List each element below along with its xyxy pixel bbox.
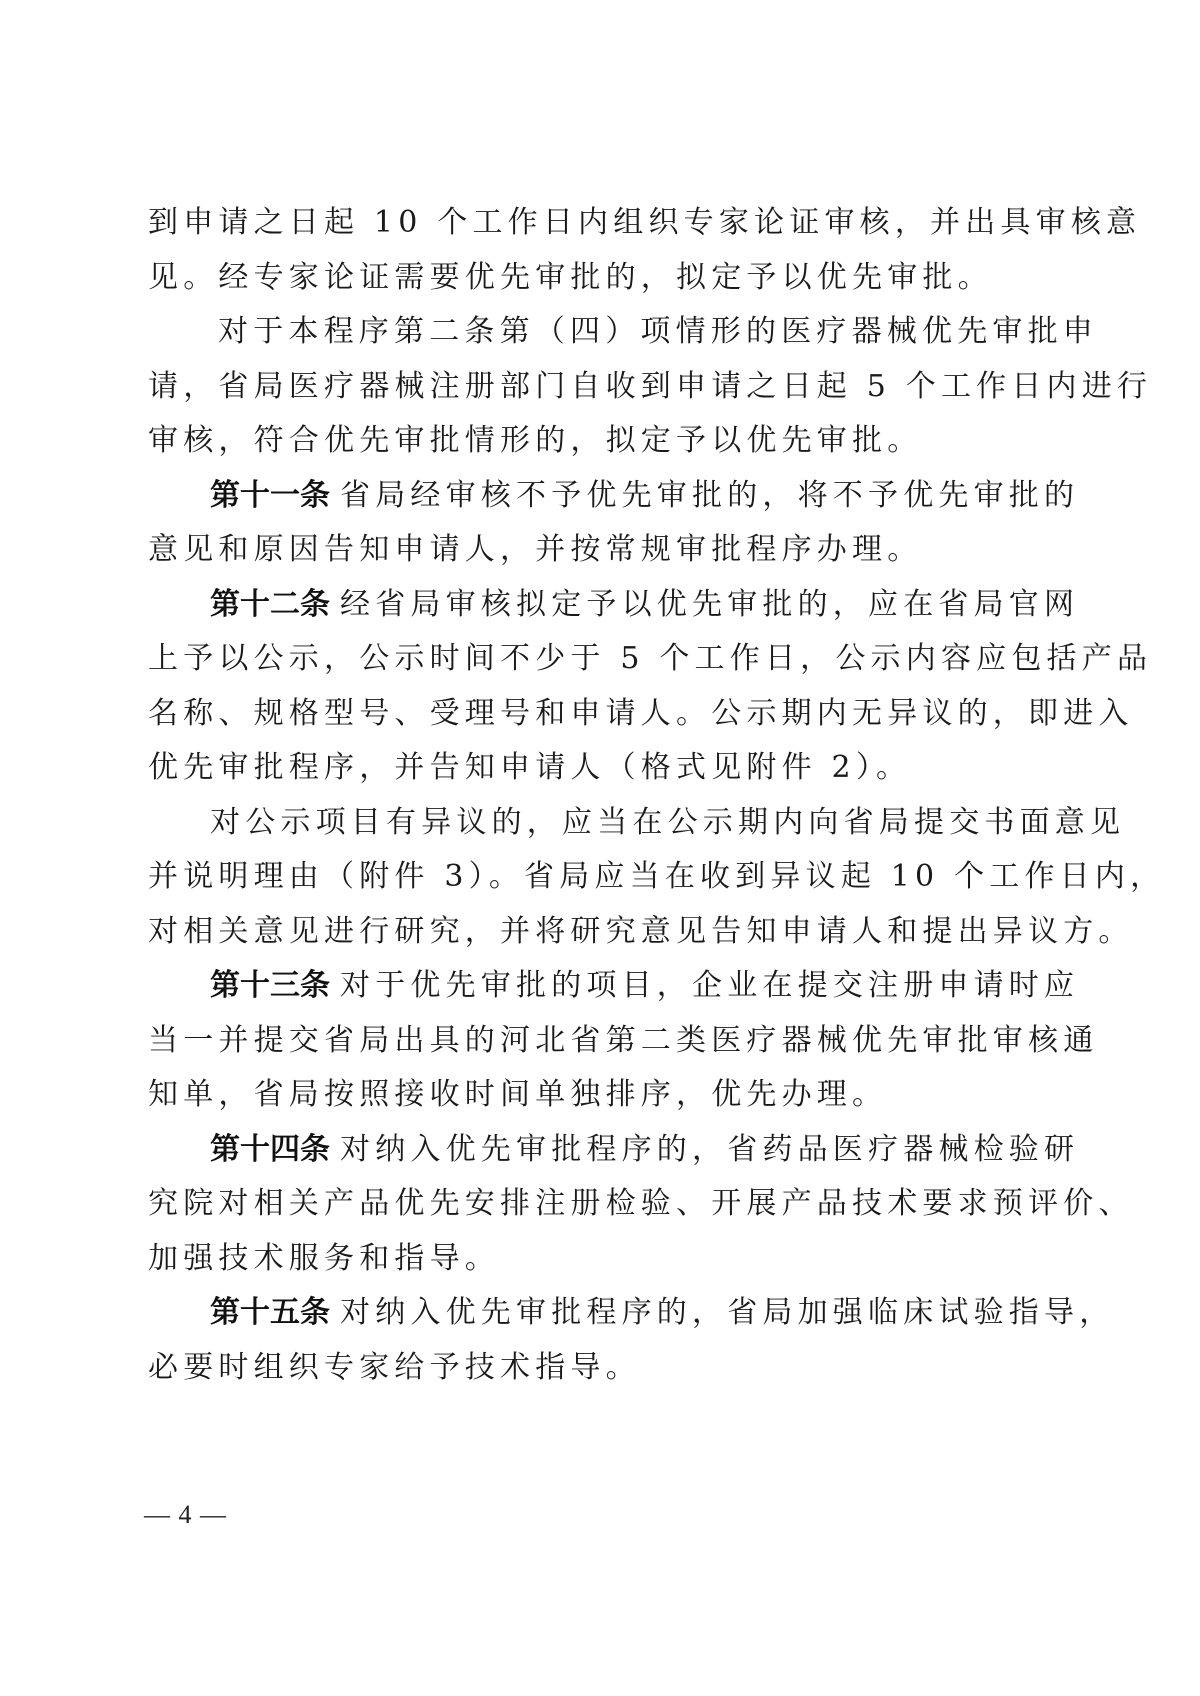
article-13-line: 第十三条对于优先审批的项目，企业在提交注册申请时应 (148, 959, 978, 1014)
article-text: 对纳入优先审批程序的，省局加强临床试验指导， (340, 1295, 1114, 1330)
paragraph-line: 知单，省局按照接收时间单独排序，优先办理。 (148, 1068, 978, 1123)
document-body: 到申请之日起 10 个工作日内组织专家论证审核，并出具审核意 见。经专家论证需要… (148, 196, 978, 1395)
paragraph-line: 必要时组织专家给予技术指导。 (148, 1341, 978, 1396)
paragraph-line: 审核，符合优先审批情形的，拟定予以优先审批。 (148, 414, 978, 469)
paragraph-line: 加强技术服务和指导。 (148, 1232, 978, 1287)
article-14-line: 第十四条对纳入优先审批程序的，省药品医疗器械检验研 (148, 1123, 978, 1178)
article-text: 经省局审核拟定予以优先审批的，应在省局官网 (340, 587, 1079, 622)
article-text: 对纳入优先审批程序的，省药品医疗器械检验研 (340, 1132, 1079, 1167)
paragraph-line: 究院对相关产品优先安排注册检验、开展产品技术要求预评价、 (148, 1177, 978, 1232)
paragraph-line: 当一并提交省局出具的河北省第二类医疗器械优先审批审核通 (148, 1014, 978, 1069)
paragraph-line: 并说明理由（附件 3）。省局应当在收到异议起 10 个工作日内， (148, 850, 978, 905)
paragraph-line: 对公示项目有异议的，应当在公示期内向省局提交书面意见 (148, 796, 978, 851)
paragraph-line: 上予以公示，公示时间不少于 5 个工作日，公示内容应包括产品 (148, 632, 978, 687)
article-heading: 第十五条 (210, 1295, 330, 1330)
paragraph-line: 请，省局医疗器械注册部门自收到申请之日起 5 个工作日内进行 (148, 360, 978, 415)
article-heading: 第十三条 (210, 968, 330, 1003)
paragraph-line: 意见和原因告知申请人，并按常规审批程序办理。 (148, 523, 978, 578)
article-12-line: 第十二条经省局审核拟定予以优先审批的，应在省局官网 (148, 578, 978, 633)
paragraph-line: 见。经专家论证需要优先审批的，拟定予以优先审批。 (148, 251, 978, 306)
paragraph-line: 对相关意见进行研究，并将研究意见告知申请人和提出异议方。 (148, 905, 978, 960)
document-page: 到申请之日起 10 个工作日内组织专家论证审核，并出具审核意 见。经专家论证需要… (0, 0, 1200, 1696)
page-number: — 4 — (144, 1500, 227, 1530)
article-text: 对于优先审批的项目，企业在提交注册申请时应 (340, 968, 1079, 1003)
article-heading: 第十四条 (210, 1132, 330, 1167)
article-heading: 第十一条 (210, 478, 330, 513)
paragraph-line: 到申请之日起 10 个工作日内组织专家论证审核，并出具审核意 (148, 196, 978, 251)
article-15-line: 第十五条对纳入优先审批程序的，省局加强临床试验指导， (148, 1286, 978, 1341)
article-11-line: 第十一条省局经审核不予优先审批的，将不予优先审批的 (148, 469, 978, 524)
article-text: 省局经审核不予优先审批的，将不予优先审批的 (340, 478, 1079, 513)
paragraph-line: 名称、规格型号、受理号和申请人。公示期内无异议的，即进入 (148, 687, 978, 742)
paragraph-line: 对于本程序第二条第（四）项情形的医疗器械优先审批申 (148, 305, 978, 360)
article-heading: 第十二条 (210, 587, 330, 622)
paragraph-line: 优先审批程序，并告知申请人（格式见附件 2）。 (148, 741, 978, 796)
